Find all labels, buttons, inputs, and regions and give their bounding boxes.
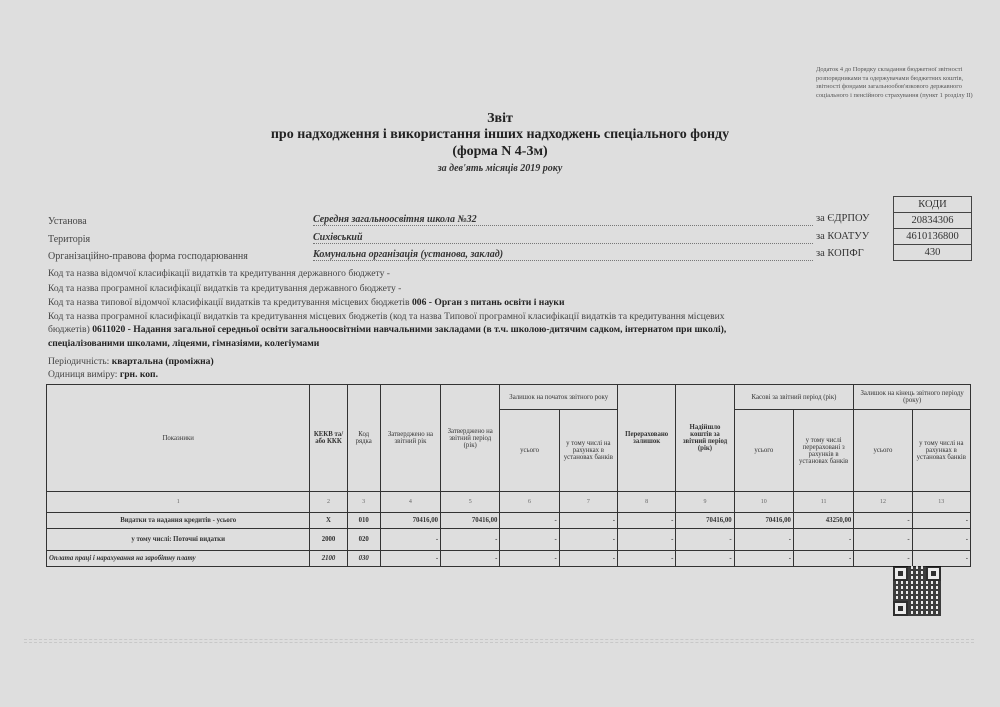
report-title: Звіт (0, 111, 1000, 127)
state-program-classification: Код та назва програмної класифікації вид… (48, 283, 401, 294)
header-balance-start: Залишок на початок звітного року (500, 385, 618, 410)
report-period: за дев'ять місяців 2019 року (0, 163, 1000, 174)
table-row: Видатки та надання кредитів - усьогоX010… (47, 513, 971, 529)
footer-divider (24, 639, 974, 643)
unit-value: грн. коп. (120, 369, 158, 380)
column-number: 2 (310, 492, 347, 513)
row-value: - (618, 551, 676, 567)
territory-label: Територія (48, 234, 90, 245)
periodicity: Періодичність: квартальна (проміжна) (48, 356, 214, 367)
header-approved-year: Затверджено на звітний рік (380, 385, 440, 492)
row-value: - (854, 513, 912, 529)
row-value: - (676, 551, 734, 567)
row-value: - (676, 529, 734, 551)
header-received: Надійшло коштів за звітний період (рік) (676, 385, 734, 492)
report-form-number: (форма N 4-3м) (0, 144, 1000, 160)
report-subtitle: про надходження і використання інших над… (0, 127, 1000, 143)
row-value: - (734, 529, 793, 551)
qr-finder (893, 601, 908, 616)
row-value: 70416,00 (380, 513, 440, 529)
local-program-value-cont: спеціалізованими школами, ліцеями, гімна… (48, 338, 319, 349)
table-row: у тому числі: Поточні видатки2000020----… (47, 529, 971, 551)
local-dept-classification: Код та назва типової відомчої класифікац… (48, 297, 565, 308)
local-dept-value: 006 - Орган з питань освіти і науки (412, 297, 565, 308)
unit-label: Одиниця виміру: (48, 369, 117, 380)
row-value: - (912, 529, 970, 551)
qr-code (893, 566, 941, 616)
header-approved-period: Затверджено на звітний період (рік) (441, 385, 500, 492)
edrpou-label: за ЄДРПОУ (816, 213, 869, 224)
row-kekv: 2000 (310, 529, 347, 551)
report-table: Показники КЕКВ та/або ККК Код рядка Затв… (46, 384, 971, 567)
row-value: - (500, 513, 559, 529)
header-balance-end: Залишок на кінець звітного періоду (року… (854, 385, 971, 410)
row-kekv: 2100 (310, 551, 347, 567)
institution-value: Середня загальноосвітня школа №32 (313, 214, 813, 226)
row-value: - (854, 529, 912, 551)
row-value: - (500, 529, 559, 551)
header-end-in-bank: у тому числі на рахунках в установах бан… (912, 410, 970, 492)
header-start-in-bank: у тому числі на рахунках в установах бан… (559, 410, 617, 492)
local-program-line-2: бюджетів) 0611020 - Надання загальної се… (48, 324, 726, 335)
qr-finder (926, 566, 941, 581)
column-number: 4 (380, 492, 440, 513)
row-indicator: Видатки та надання кредитів - усього (47, 513, 310, 529)
periodicity-label: Періодичність: (48, 356, 109, 367)
institution-label: Установа (48, 216, 87, 227)
row-value: - (912, 513, 970, 529)
row-value: - (380, 551, 440, 567)
row-value: 70416,00 (441, 513, 500, 529)
row-value: - (500, 551, 559, 567)
column-number: 12 (854, 492, 912, 513)
koatuu-code: 4610136800 (894, 229, 972, 245)
column-number: 8 (618, 492, 676, 513)
column-number: 9 (676, 492, 734, 513)
qr-finder (893, 566, 908, 581)
column-number: 7 (559, 492, 617, 513)
header-start-total: усього (500, 410, 559, 492)
row-value: - (618, 529, 676, 551)
codes-table: КОДИ 20834306 4610136800 430 (893, 196, 972, 261)
header-cash-total: усього (734, 410, 793, 492)
local-dept-prefix: Код та назва типової відомчої класифікац… (48, 297, 410, 308)
edrpou-code: 20834306 (894, 213, 972, 229)
row-value: - (854, 551, 912, 567)
appendix-note: Додаток 4 до Порядку складання бюджетної… (816, 66, 976, 100)
column-number: 5 (441, 492, 500, 513)
state-dept-classification: Код та назва відомчої класифікації видат… (48, 268, 390, 279)
header-end-total: усього (854, 410, 912, 492)
column-number: 13 (912, 492, 970, 513)
kopfg-code: 430 (894, 245, 972, 261)
header-transferred-balance: Перераховано залишок (618, 385, 676, 492)
column-number: 6 (500, 492, 559, 513)
column-number: 10 (734, 492, 793, 513)
row-value: 43250,00 (793, 513, 853, 529)
org-form-label: Організаційно-правова форма господарюван… (48, 251, 248, 262)
row-code: 030 (347, 551, 380, 567)
header-kekv: КЕКВ та/або ККК (310, 385, 347, 492)
column-number: 1 (47, 492, 310, 513)
local-program-prefix: бюджетів) (48, 324, 90, 335)
header-row-code: Код рядка (347, 385, 380, 492)
kopfg-label: за КОПФГ (816, 248, 864, 259)
row-code: 010 (347, 513, 380, 529)
row-value: - (441, 529, 500, 551)
row-value: - (559, 529, 617, 551)
row-value: - (734, 551, 793, 567)
row-value: - (618, 513, 676, 529)
org-form-value: Комунальна організація (установа, заклад… (313, 249, 813, 261)
local-program-line-1: Код та назва програмної класифікації вид… (48, 311, 725, 322)
row-indicator: у тому числі: Поточні видатки (47, 529, 310, 551)
local-program-value: 0611020 - Надання загальної середньої ос… (92, 324, 726, 335)
column-number: 11 (793, 492, 853, 513)
row-code: 020 (347, 529, 380, 551)
row-value: - (793, 529, 853, 551)
unit: Одиниця виміру: грн. коп. (48, 369, 158, 380)
row-value: - (793, 551, 853, 567)
row-value: - (380, 529, 440, 551)
row-value: - (441, 551, 500, 567)
row-value: 70416,00 (734, 513, 793, 529)
table-row: Оплата праці і нарахування на заробітну … (47, 551, 971, 567)
codes-header: КОДИ (894, 197, 972, 213)
header-cash: Касові за звітний період (рік) (734, 385, 854, 410)
row-value: - (912, 551, 970, 567)
column-number: 3 (347, 492, 380, 513)
local-program-line-3: спеціалізованими школами, ліцеями, гімна… (48, 338, 319, 349)
periodicity-value: квартальна (проміжна) (112, 356, 214, 367)
header-indicators: Показники (47, 385, 310, 492)
row-indicator: Оплата праці і нарахування на заробітну … (47, 551, 310, 567)
row-value: 70416,00 (676, 513, 734, 529)
row-value: - (559, 513, 617, 529)
header-cash-transferred: у тому числі перераховані з рахунків в у… (793, 410, 853, 492)
column-numbers-row: 12345678910111213 (47, 492, 971, 513)
row-value: - (559, 551, 617, 567)
koatuu-label: за КОАТУУ (816, 231, 869, 242)
row-kekv: X (310, 513, 347, 529)
territory-value: Сихівський (313, 232, 813, 244)
